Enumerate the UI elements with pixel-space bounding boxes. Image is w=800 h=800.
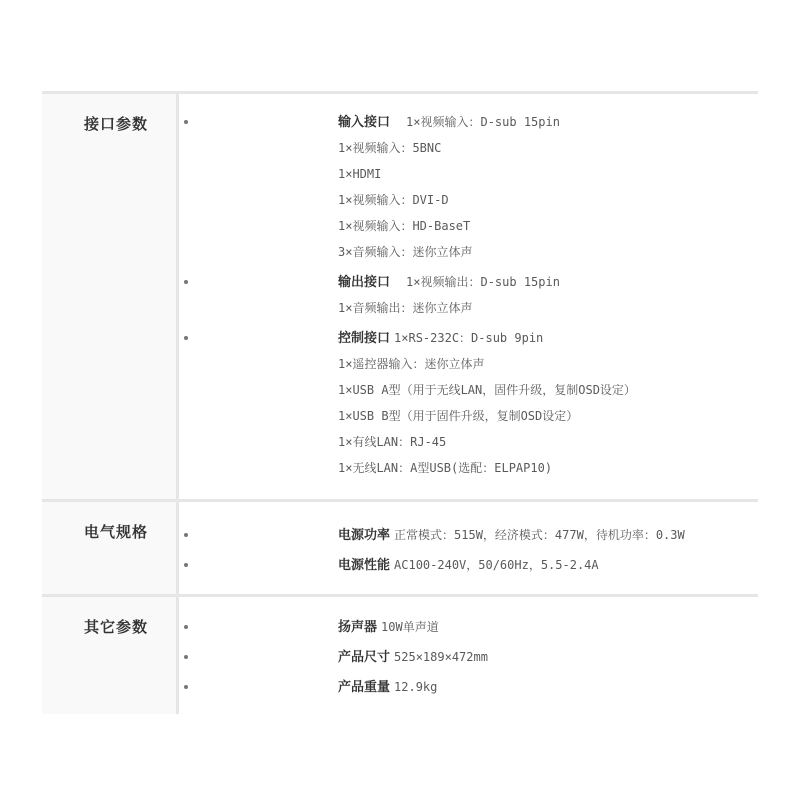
- spec-line: 1×USB B型（用于固件升级，复制OSD设定）: [338, 403, 636, 429]
- spec-line: 1×USB A型（用于无线LAN，固件升级，复制OSD设定）: [338, 377, 636, 403]
- spec-key: 电源性能: [338, 558, 390, 573]
- spec-group-power-performance: 电源性能AC100-240V，50/60Hz，5.5-2.4A: [179, 550, 758, 580]
- spec-row-electrical: 电气规格 电源功率正常模式：515W，经济模式：477W，待机功率：0.3W 电…: [42, 502, 758, 597]
- spec-line: 1×有线LAN：RJ-45: [338, 429, 636, 455]
- spec-group-weight: 产品重量12.9kg: [179, 672, 758, 702]
- spec-group-input: 输入接口1×视频输入：D-sub 15pin 1×视频输入：5BNC 1×HDM…: [179, 109, 758, 265]
- spec-group-control: 控制接口1×RS-232C：D-sub 9pin 1×遥控器输入：迷你立体声 1…: [179, 325, 758, 481]
- bullet-icon: [184, 280, 188, 284]
- bullet-icon: [184, 563, 188, 567]
- spec-key: 输出接口: [338, 275, 390, 290]
- spec-line: 控制接口1×RS-232C：D-sub 9pin: [338, 325, 636, 351]
- spec-group-power: 电源功率正常模式：515W，经济模式：477W，待机功率：0.3W: [179, 520, 758, 550]
- section-body: 输入接口1×视频输入：D-sub 15pin 1×视频输入：5BNC 1×HDM…: [179, 94, 758, 499]
- spec-line: 1×视频输入：DVI-D: [338, 187, 560, 213]
- spec-line: 产品重量12.9kg: [338, 672, 437, 702]
- section-label: 其它参数: [42, 597, 179, 714]
- spec-line: 1×视频输入：5BNC: [338, 135, 560, 161]
- section-body: 电源功率正常模式：515W，经济模式：477W，待机功率：0.3W 电源性能AC…: [179, 502, 758, 594]
- spec-value: 12.9kg: [394, 680, 437, 694]
- spec-line: 1×HDMI: [338, 161, 560, 187]
- bullet-icon: [184, 336, 188, 340]
- spec-key: 控制接口: [338, 331, 390, 346]
- spec-line: 输入接口1×视频输入：D-sub 15pin: [338, 109, 560, 135]
- spec-line: 产品尺寸525×189×472mm: [338, 642, 488, 672]
- spec-line: 电源性能AC100-240V，50/60Hz，5.5-2.4A: [338, 550, 599, 580]
- spec-value: 1×视频输入：D-sub 15pin: [406, 115, 560, 129]
- spec-group-dimensions: 产品尺寸525×189×472mm: [179, 642, 758, 672]
- section-label: 接口参数: [42, 94, 179, 499]
- spec-line: 输出接口1×视频输出：D-sub 15pin: [338, 269, 560, 295]
- spec-group-speaker: 扬声器10W单声道: [179, 612, 758, 642]
- spec-group-output: 输出接口1×视频输出：D-sub 15pin 1×音频输出：迷你立体声: [179, 269, 758, 321]
- spec-value: 1×RS-232C：D-sub 9pin: [394, 331, 543, 345]
- spec-key: 产品尺寸: [338, 650, 390, 665]
- spec-line: 1×遥控器输入：迷你立体声: [338, 351, 636, 377]
- spec-key: 电源功率: [338, 528, 390, 543]
- spec-key: 产品重量: [338, 680, 390, 695]
- spec-value: 1×视频输出：D-sub 15pin: [406, 275, 560, 289]
- spec-line: 扬声器10W单声道: [338, 612, 439, 642]
- spec-line: 1×音频输出：迷你立体声: [338, 295, 560, 321]
- bullet-icon: [184, 120, 188, 124]
- spec-line: 3×音频输入：迷你立体声: [338, 239, 560, 265]
- spec-value: 正常模式：515W，经济模式：477W，待机功率：0.3W: [394, 528, 685, 542]
- spec-value: AC100-240V，50/60Hz，5.5-2.4A: [394, 558, 599, 572]
- spec-row-interface: 接口参数 输入接口1×视频输入：D-sub 15pin 1×视频输入：5BNC …: [42, 94, 758, 502]
- spec-key: 输入接口: [338, 115, 390, 130]
- spec-line: 1×无线LAN：A型USB(选配：ELPAP10): [338, 455, 636, 481]
- bullet-icon: [184, 533, 188, 537]
- spec-row-other: 其它参数 扬声器10W单声道 产品尺寸525×189×472mm 产品重量12.…: [42, 597, 758, 714]
- spec-table: 接口参数 输入接口1×视频输入：D-sub 15pin 1×视频输入：5BNC …: [42, 91, 758, 714]
- spec-key: 扬声器: [338, 620, 377, 635]
- bullet-icon: [184, 685, 188, 689]
- spec-line: 1×视频输入：HD-BaseT: [338, 213, 560, 239]
- section-label: 电气规格: [42, 502, 179, 594]
- bullet-icon: [184, 625, 188, 629]
- spec-line: 电源功率正常模式：515W，经济模式：477W，待机功率：0.3W: [338, 520, 685, 550]
- spec-value: 10W单声道: [381, 620, 439, 634]
- bullet-icon: [184, 655, 188, 659]
- section-body: 扬声器10W单声道 产品尺寸525×189×472mm 产品重量12.9kg: [179, 597, 758, 714]
- spec-value: 525×189×472mm: [394, 650, 488, 664]
